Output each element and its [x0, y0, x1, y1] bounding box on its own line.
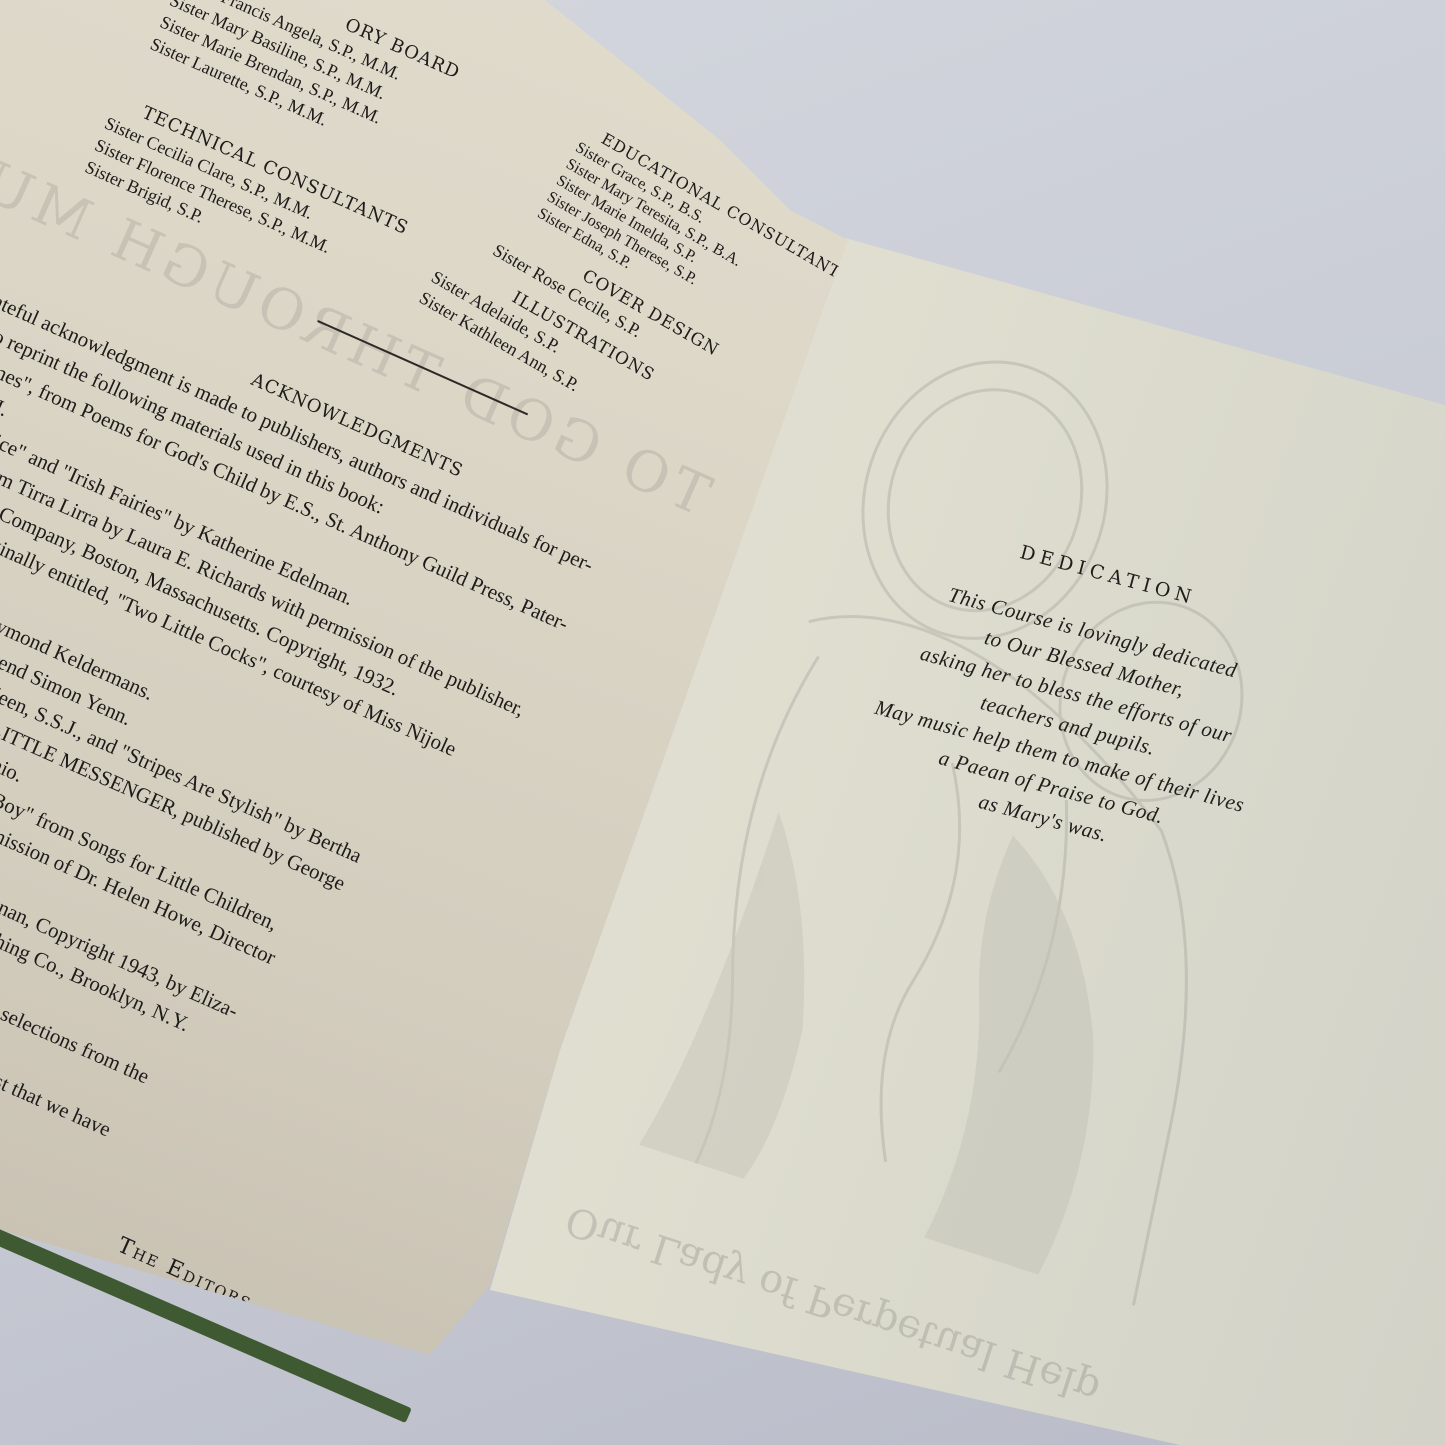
open-book-photo: Our Lady of Perpetual Help DEDICATION Th…: [0, 0, 1445, 1445]
editors-signature: The Editors: [114, 1233, 268, 1320]
